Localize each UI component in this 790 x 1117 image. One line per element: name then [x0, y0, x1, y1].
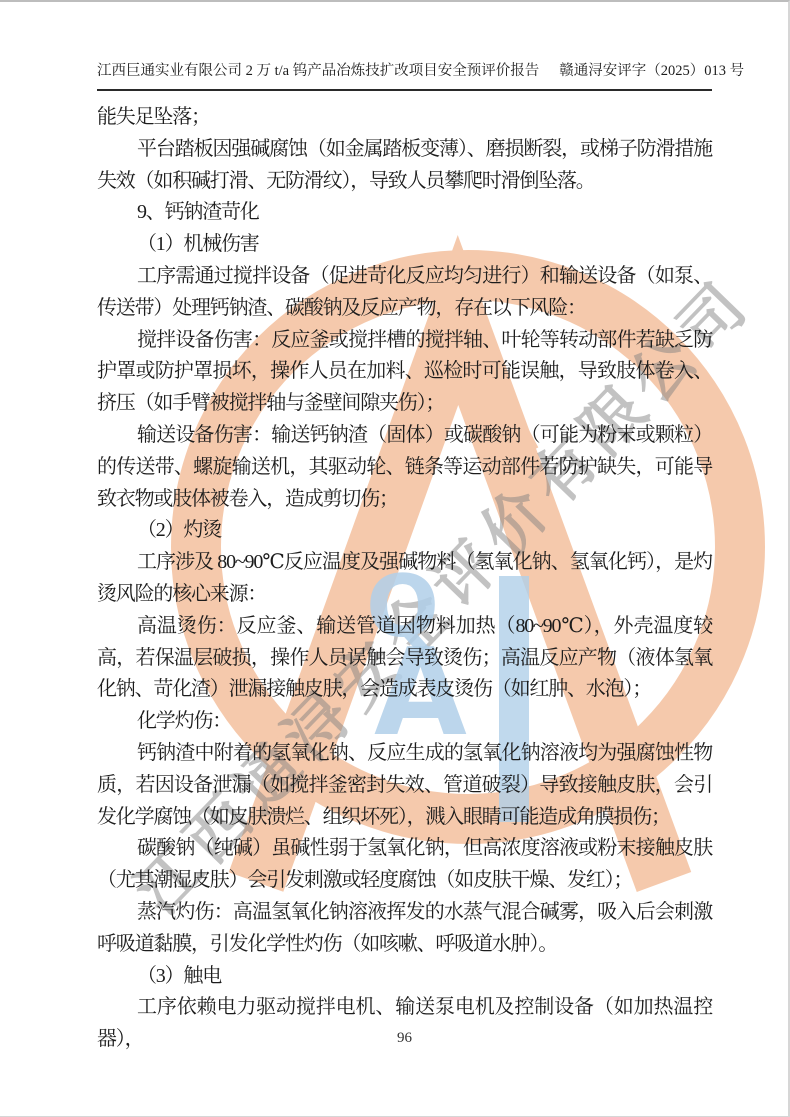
- page-header: 江西巨通实业有限公司 2 万 t/a 钨产品冶炼技扩改项目安全预评价报告 赣通浔…: [97, 60, 712, 91]
- paragraph: 工序需通过搅拌设备（促进苛化反应均匀进行）和输送设备（如泵、传送带）处理钙钠渣、…: [97, 261, 712, 325]
- paragraph: 能失足坠落；: [97, 102, 712, 134]
- subsection-heading: （1）机械伤害: [97, 229, 712, 261]
- paragraph: 碳酸钠（纯碱）虽碱性弱于氢氧化钠，但高浓度溶液或粉末接触皮肤（尤其潮湿皮肤）会引…: [97, 833, 712, 897]
- paragraph: 工序涉及 80~90℃反应温度及强碱物料（氢氧化钠、氢氧化钙），是灼烫风险的核心…: [97, 547, 712, 611]
- header-document-number: 赣通浔安评字（2025）013 号: [559, 60, 744, 82]
- page-number: 96: [97, 1030, 712, 1047]
- paragraph: 平台踏板因强碱腐蚀（如金属踏板变薄）、磨损断裂，或梯子防滑措施失效（如积碱打滑、…: [97, 134, 712, 198]
- paragraph: 蒸汽灼伤：高温氢氧化钠溶液挥发的水蒸气混合碱雾，吸入后会刺激呼吸道黏膜，引发化学…: [97, 897, 712, 961]
- paragraph: 高温烫伤：反应釜、输送管道因物料加热（80~90℃），外壳温度较高，若保温层破损…: [97, 611, 712, 706]
- paragraph: 化学灼伤：: [97, 706, 712, 738]
- subsection-heading: （3）触电: [97, 961, 712, 993]
- page-content: 江西巨通实业有限公司 2 万 t/a 钨产品冶炼技扩改项目安全预评价报告 赣通浔…: [97, 60, 712, 1056]
- paragraph: 钙钠渣中附着的氢氧化钠、反应生成的氢氧化钠溶液均为强腐蚀性物质，若因设备泄漏（如…: [97, 738, 712, 833]
- paragraph: 搅拌设备伤害：反应釜或搅拌槽的搅拌轴、叶轮等转动部件若缺乏防护罩或防护罩损坏，操…: [97, 325, 712, 420]
- section-heading: 9、钙钠渣苛化: [97, 197, 712, 229]
- subsection-heading: （2）灼烫: [97, 515, 712, 547]
- header-report-title: 江西巨通实业有限公司 2 万 t/a 钨产品冶炼技扩改项目安全预评价报告: [97, 60, 539, 82]
- report-body: 能失足坠落； 平台踏板因强碱腐蚀（如金属踏板变薄）、磨损断裂，或梯子防滑措施失效…: [97, 102, 712, 1056]
- paragraph: 输送设备伤害：输送钙钠渣（固体）或碳酸钠（可能为粉末或颗粒）的传送带、螺旋输送机…: [97, 420, 712, 515]
- document-page: 江西通浔安全评价有限公司 Q A 江西巨通实业有限公司 2 万 t/a 钨产品冶…: [0, 0, 790, 1117]
